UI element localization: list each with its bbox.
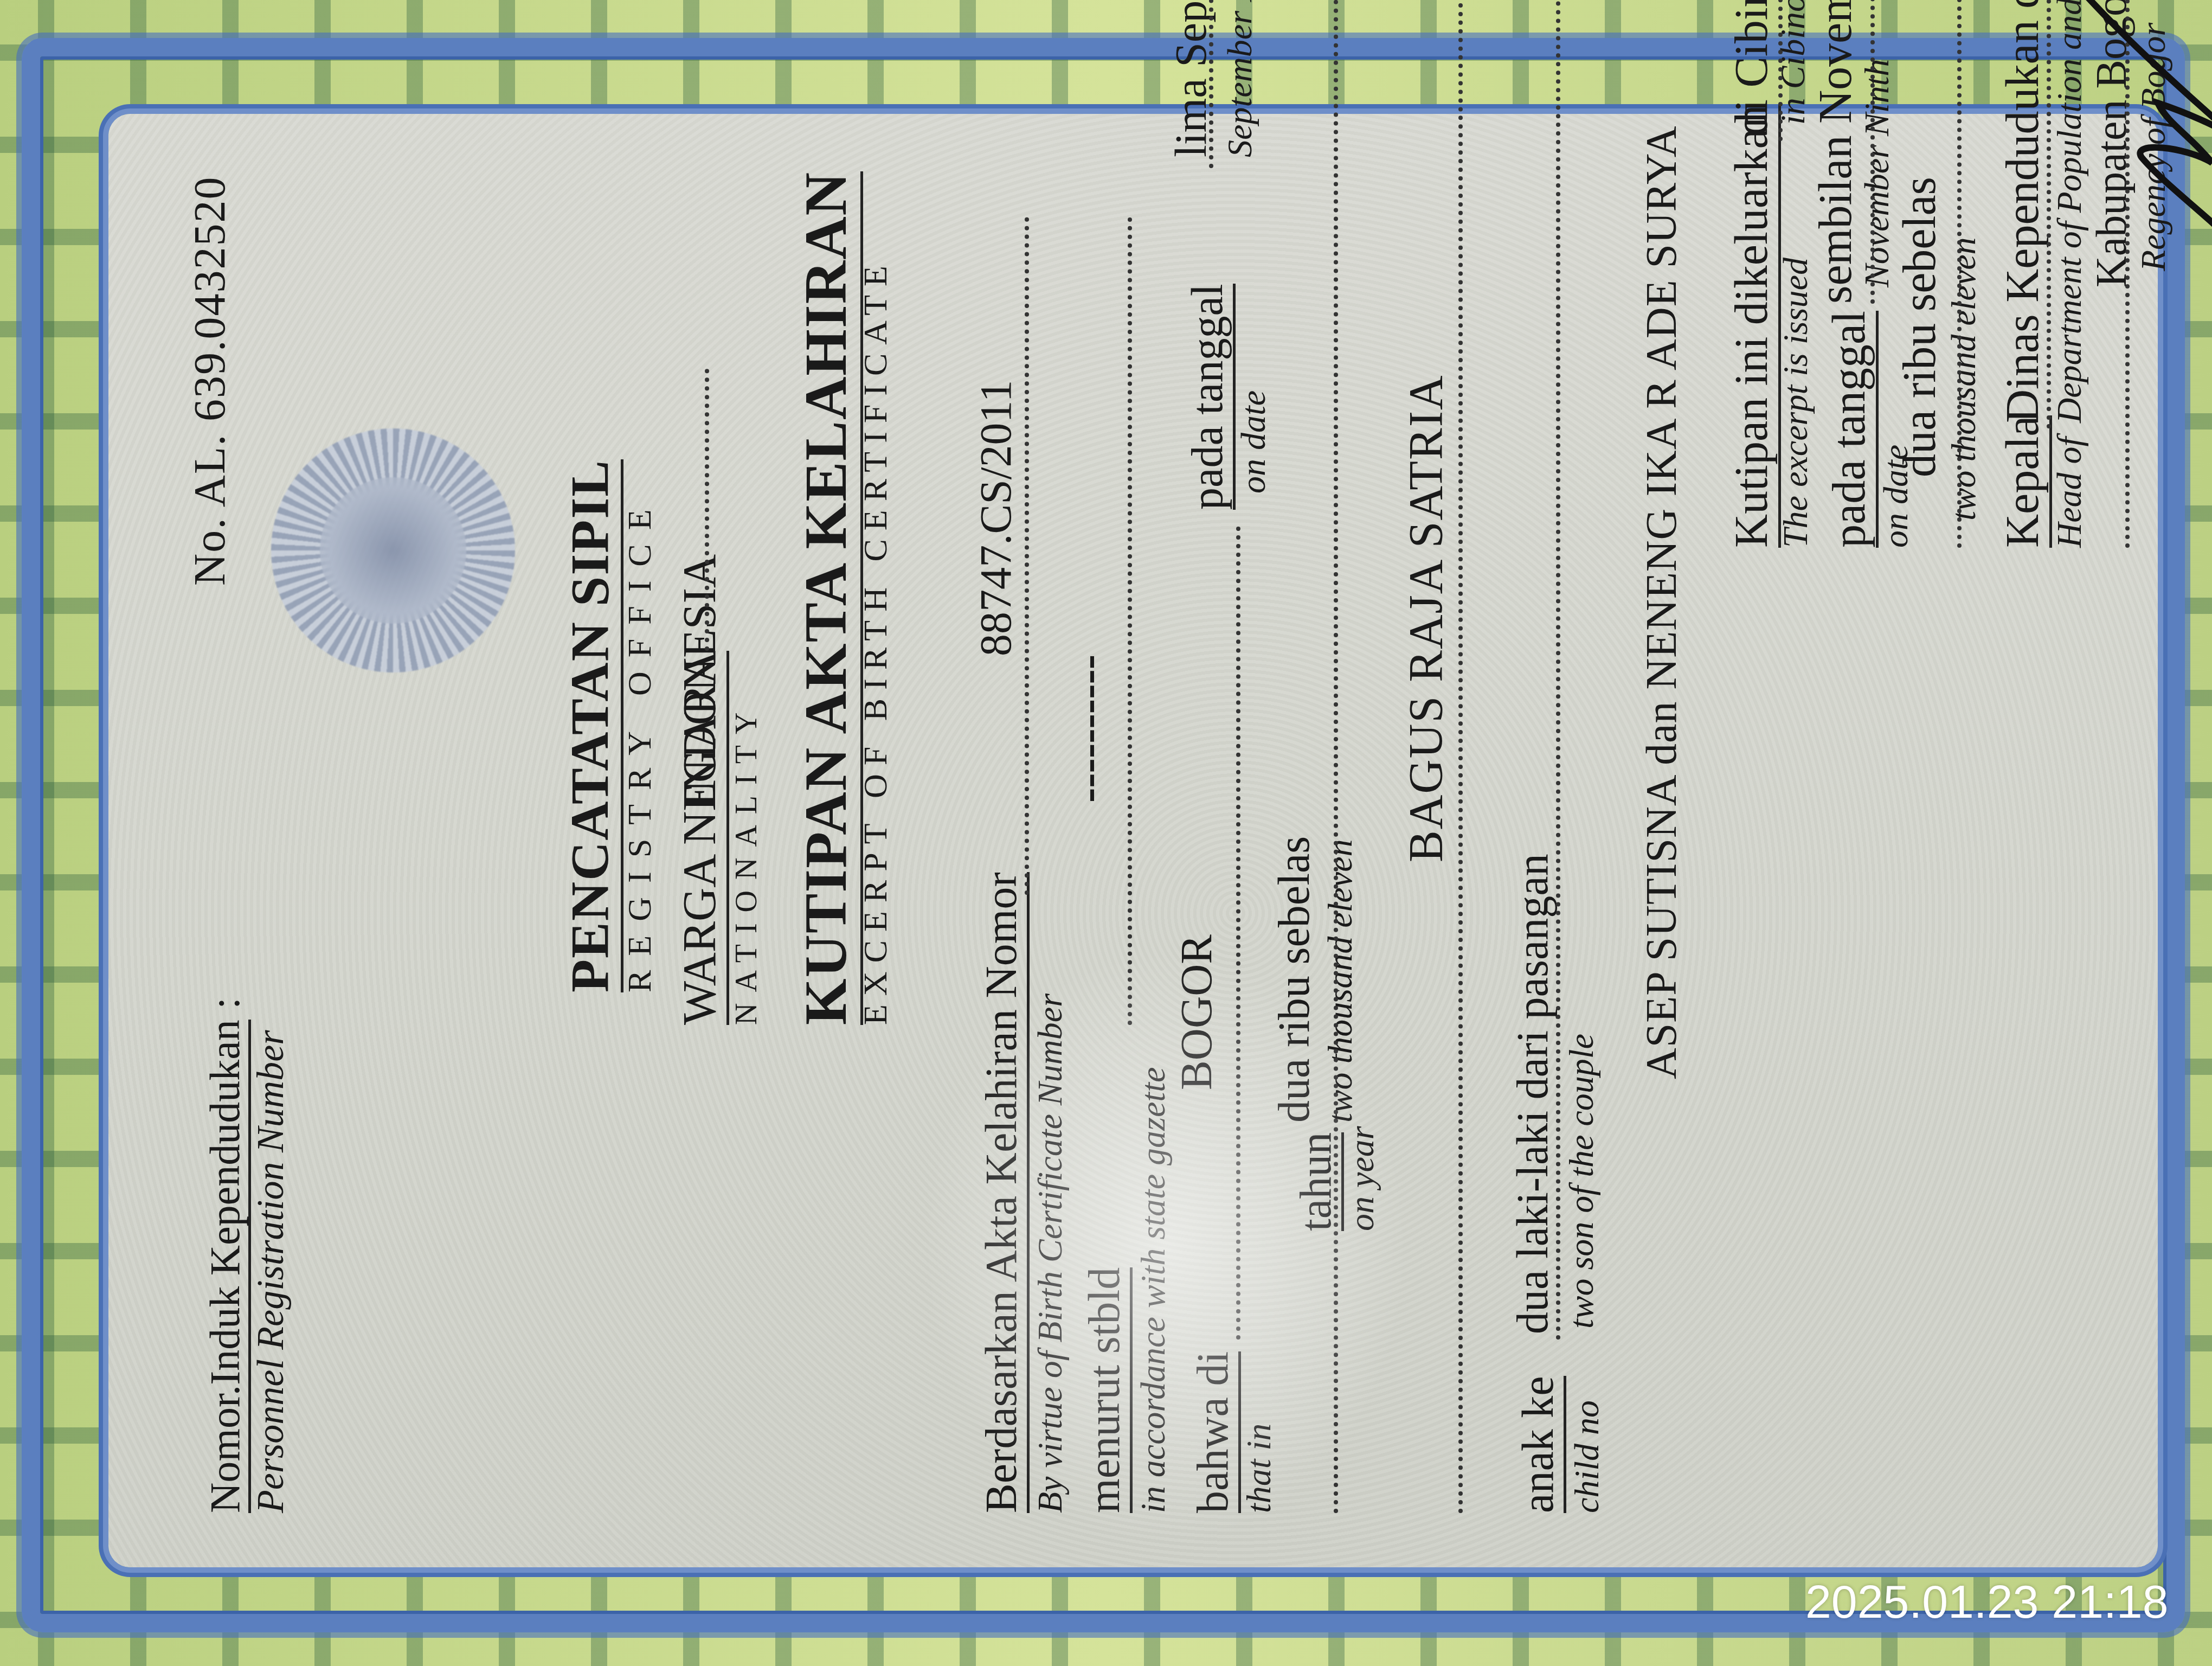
year-value: dua ribu sebelas bbox=[1269, 836, 1320, 1123]
birth-certificate: Nomor.Induk Kependudukan : Personnel Reg… bbox=[108, 114, 2158, 1567]
certificate-title: KUTIPAN AKTA KELAHIRAN bbox=[792, 171, 863, 1025]
cert-no-value: 88747.CS/2011 bbox=[970, 380, 1021, 656]
cert-no-label-en: By virtue of Birth Certificate Number bbox=[1030, 994, 1070, 1513]
place-label: bahwa di bbox=[1187, 1351, 1241, 1513]
date-value-en: September Fifth, Monday bbox=[1220, 0, 1260, 157]
nationality-value: INDONESIA bbox=[672, 554, 726, 808]
office-title: PENCATATAN SIPIL bbox=[558, 459, 623, 992]
place-label-en: that in bbox=[1239, 1424, 1279, 1513]
stbld-value: ---------- bbox=[1063, 655, 1114, 803]
signature bbox=[2006, 0, 2212, 320]
registration-number-label-text: Nomor.Induk Kependudukan bbox=[201, 1020, 251, 1513]
registration-number-label: Nomor.Induk Kependudukan : bbox=[201, 997, 249, 1513]
issued-label: Kutipan ini dikeluarkan bbox=[1724, 105, 1781, 548]
issued-date-label: pada tanggal bbox=[1822, 311, 1879, 548]
cert-no-label: Berdasarkan Akta Kelahiran Nomor bbox=[976, 872, 1030, 1513]
nationality-dotted-line bbox=[705, 369, 709, 651]
child-no-value-en: two son of the couple bbox=[1561, 1034, 1602, 1329]
child-no-label-en: child no bbox=[1567, 1400, 1607, 1513]
nationality-label-en: NATIONALITY bbox=[729, 702, 764, 1025]
embossed-seal bbox=[271, 428, 515, 672]
issued-year-dotted-line bbox=[1957, 0, 1962, 548]
year-dotted-line bbox=[1334, 0, 1338, 1513]
date-label: pada tanggal bbox=[1182, 284, 1236, 510]
office-title-en: REGISTRY OFFICE bbox=[621, 495, 659, 992]
child-name-dotted-line bbox=[1458, 0, 1463, 1513]
registration-number-label-en: Personnel Registration Number bbox=[249, 1030, 293, 1513]
child-no-value: dua laki-laki dari pasangan bbox=[1507, 854, 1558, 1334]
stbld-label: menurut stbld bbox=[1079, 1267, 1133, 1513]
issued-place: di Cibinong bbox=[1724, 0, 1778, 136]
year-label-en: on year bbox=[1342, 1126, 1382, 1231]
cert-no-dotted-line bbox=[1025, 217, 1029, 895]
issued-date-dotted-line bbox=[1870, 0, 1875, 304]
photo-timestamp: 2025.01.23 21:18 bbox=[1805, 1575, 2169, 1629]
place-dotted-line bbox=[1236, 526, 1240, 1340]
place-value: BOGOR bbox=[1171, 934, 1222, 1090]
issued-year-en: two thousand eleven bbox=[1944, 237, 1984, 521]
parents-names: ASEP SUTISNA dan NENENG IKA R ADE SURYA bbox=[1637, 126, 1687, 1079]
stbld-dotted-line bbox=[1128, 217, 1132, 1025]
head-label: Kepala bbox=[1995, 415, 2052, 548]
registration-number-value: : bbox=[201, 997, 248, 1009]
child-no-dotted-line bbox=[1556, 0, 1560, 1340]
certificate-title-en: EXCERPT OF BIRTH CERTIFICATE bbox=[857, 257, 895, 1025]
serial-number: No. AL. 639.0432520 bbox=[184, 176, 235, 586]
date-dotted-line bbox=[1209, 0, 1213, 168]
stbld-label-en: in accordance with state gazette bbox=[1133, 1067, 1173, 1513]
issued-date-value: sembilan November bbox=[1808, 0, 1862, 304]
issued-date-value-en: November Ninth bbox=[1857, 59, 1897, 287]
issued-year: dua ribu sebelas bbox=[1892, 177, 1946, 477]
issued-place-dotted-line bbox=[1778, 0, 1783, 141]
head-label-en: Head of bbox=[2049, 437, 2089, 548]
year-value-en: two thousand eleven bbox=[1320, 839, 1360, 1123]
date-label-en: on date bbox=[1233, 390, 1274, 494]
child-no-label: anak ke bbox=[1513, 1376, 1566, 1513]
child-name: BAGUS RAJA SATRIA bbox=[1399, 374, 1454, 862]
